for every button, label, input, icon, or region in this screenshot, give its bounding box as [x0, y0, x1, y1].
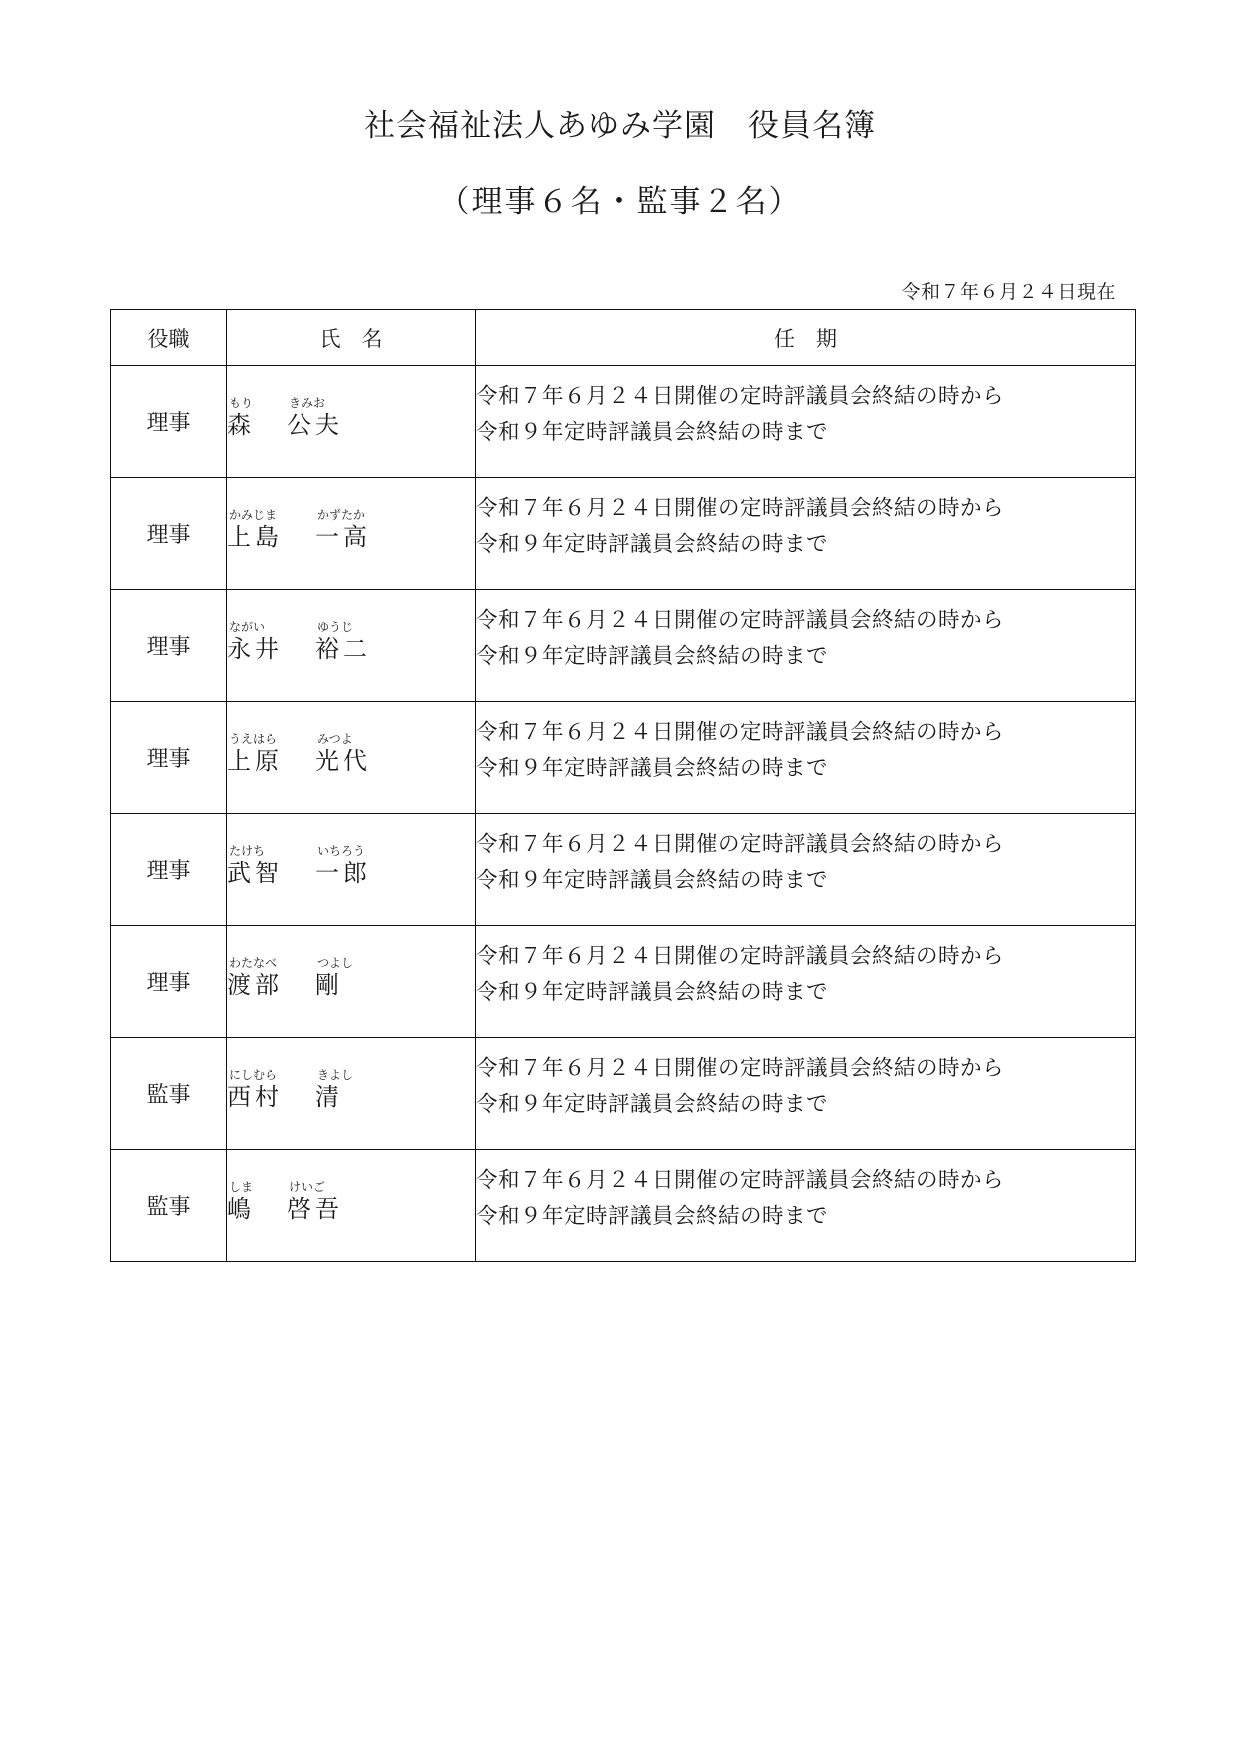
surname: しま 嶋 [227, 1180, 255, 1224]
given-kanji: 啓吾 [287, 1194, 343, 1224]
given-ruby: ゆうじ [315, 620, 371, 634]
surname-ruby: ながい [227, 620, 283, 634]
surname-kanji: 永井 [227, 634, 283, 664]
table-row: 理事 かみじま 上島 かずたか 一高 令和７年６月２４日開催の定時評議員会終結の… [111, 478, 1136, 590]
table-row: 理事 たけち 武智 いちろう 一郎 令和７年６月２４日開催の定時評議員会終結の時… [111, 814, 1136, 926]
surname-kanji: 上原 [227, 746, 283, 776]
given-name: ゆうじ 裕二 [315, 620, 371, 664]
term-cell: 令和７年６月２４日開催の定時評議員会終結の時から 令和９年定時評議員会終結の時ま… [476, 926, 1136, 1038]
given-ruby: きよし [315, 1068, 353, 1082]
name-cell: ながい 永井 ゆうじ 裕二 [227, 590, 476, 702]
given-kanji: 公夫 [287, 410, 343, 440]
officer-roster-table: 役職 氏 名 任 期 理事 もり 森 きみお 公夫 令和７年６月２４日開催の定時… [110, 309, 1136, 1262]
term-end: 令和９年定時評議員会終結の時まで [476, 1087, 1135, 1123]
term-start: 令和７年６月２４日開催の定時評議員会終結の時から [476, 1051, 1135, 1087]
surname-ruby: わたなべ [227, 956, 283, 970]
surname: うえはら 上原 [227, 732, 283, 776]
surname-kanji: 上島 [227, 522, 283, 552]
term-end: 令和９年定時評議員会終結の時まで [476, 751, 1135, 787]
given-kanji: 一郎 [315, 858, 371, 888]
surname-ruby: にしむら [227, 1068, 283, 1082]
surname-ruby: うえはら [227, 732, 283, 746]
as-of-date: 令和７年６月２４日現在 [901, 277, 1116, 304]
term-end: 令和９年定時評議員会終結の時まで [476, 863, 1135, 899]
given-name: つよし 剛 [315, 956, 353, 1000]
term-end: 令和９年定時評議員会終結の時まで [476, 527, 1135, 563]
term-start: 令和７年６月２４日開催の定時評議員会終結の時から [476, 603, 1135, 639]
surname-kanji: 渡部 [227, 970, 283, 1000]
surname: たけち 武智 [227, 844, 283, 888]
name-cell: わたなべ 渡部 つよし 剛 [227, 926, 476, 1038]
role-cell: 理事 [111, 814, 227, 926]
role-cell: 監事 [111, 1150, 227, 1262]
surname: かみじま 上島 [227, 508, 283, 552]
surname-kanji: 森 [227, 410, 255, 440]
given-name: けいご 啓吾 [287, 1180, 343, 1224]
document-title: 社会福祉法人あゆみ学園 役員名簿 [0, 100, 1240, 145]
term-cell: 令和７年６月２４日開催の定時評議員会終結の時から 令和９年定時評議員会終結の時ま… [476, 590, 1136, 702]
role-cell: 理事 [111, 590, 227, 702]
term-start: 令和７年６月２４日開催の定時評議員会終結の時から [476, 1163, 1135, 1199]
header-name: 氏 名 [227, 310, 476, 366]
role-cell: 理事 [111, 702, 227, 814]
table-row: 理事 うえはら 上原 みつよ 光代 令和７年６月２４日開催の定時評議員会終結の時… [111, 702, 1136, 814]
surname-kanji: 西村 [227, 1082, 283, 1112]
given-ruby: きみお [287, 396, 343, 410]
term-cell: 令和７年６月２４日開催の定時評議員会終結の時から 令和９年定時評議員会終結の時ま… [476, 366, 1136, 478]
term-cell: 令和７年６月２４日開催の定時評議員会終結の時から 令和９年定時評議員会終結の時ま… [476, 478, 1136, 590]
name-cell: かみじま 上島 かずたか 一高 [227, 478, 476, 590]
term-start: 令和７年６月２４日開催の定時評議員会終結の時から [476, 491, 1135, 527]
term-start: 令和７年６月２４日開催の定時評議員会終結の時から [476, 379, 1135, 415]
given-name: きよし 清 [315, 1068, 353, 1112]
given-ruby: いちろう [315, 844, 371, 858]
given-kanji: 光代 [315, 746, 371, 776]
given-ruby: かずたか [315, 508, 371, 522]
name-cell: にしむら 西村 きよし 清 [227, 1038, 476, 1150]
term-end: 令和９年定時評議員会終結の時まで [476, 639, 1135, 675]
term-end: 令和９年定時評議員会終結の時まで [476, 415, 1135, 451]
given-kanji: 裕二 [315, 634, 371, 664]
given-name: みつよ 光代 [315, 732, 371, 776]
name-cell: しま 嶋 けいご 啓吾 [227, 1150, 476, 1262]
surname: ながい 永井 [227, 620, 283, 664]
name-cell: うえはら 上原 みつよ 光代 [227, 702, 476, 814]
table-row: 理事 もり 森 きみお 公夫 令和７年６月２４日開催の定時評議員会終結の時から … [111, 366, 1136, 478]
term-cell: 令和７年６月２４日開催の定時評議員会終結の時から 令和９年定時評議員会終結の時ま… [476, 702, 1136, 814]
surname: もり 森 [227, 396, 255, 440]
header-term: 任 期 [476, 310, 1136, 366]
table-row: 監事 しま 嶋 けいご 啓吾 令和７年６月２４日開催の定時評議員会終結の時から … [111, 1150, 1136, 1262]
term-cell: 令和７年６月２４日開催の定時評議員会終結の時から 令和９年定時評議員会終結の時ま… [476, 1038, 1136, 1150]
given-ruby: みつよ [315, 732, 371, 746]
name-cell: たけち 武智 いちろう 一郎 [227, 814, 476, 926]
term-start: 令和７年６月２４日開催の定時評議員会終結の時から [476, 715, 1135, 751]
role-cell: 理事 [111, 926, 227, 1038]
given-name: かずたか 一高 [315, 508, 371, 552]
table-header-row: 役職 氏 名 任 期 [111, 310, 1136, 366]
given-kanji: 清 [315, 1082, 353, 1112]
term-start: 令和７年６月２４日開催の定時評議員会終結の時から [476, 827, 1135, 863]
surname: わたなべ 渡部 [227, 956, 283, 1000]
surname-kanji: 嶋 [227, 1194, 255, 1224]
surname: にしむら 西村 [227, 1068, 283, 1112]
term-end: 令和９年定時評議員会終結の時まで [476, 975, 1135, 1011]
table-row: 理事 ながい 永井 ゆうじ 裕二 令和７年６月２４日開催の定時評議員会終結の時か… [111, 590, 1136, 702]
role-cell: 監事 [111, 1038, 227, 1150]
term-end: 令和９年定時評議員会終結の時まで [476, 1199, 1135, 1235]
term-start: 令和７年６月２４日開催の定時評議員会終結の時から [476, 939, 1135, 975]
table-row: 監事 にしむら 西村 きよし 清 令和７年６月２４日開催の定時評議員会終結の時か… [111, 1038, 1136, 1150]
term-cell: 令和７年６月２４日開催の定時評議員会終結の時から 令和９年定時評議員会終結の時ま… [476, 814, 1136, 926]
surname-ruby: かみじま [227, 508, 283, 522]
given-ruby: けいご [287, 1180, 343, 1194]
given-kanji: 剛 [315, 970, 353, 1000]
name-cell: もり 森 きみお 公夫 [227, 366, 476, 478]
document-subtitle: （理事６名・監事２名） [0, 176, 1240, 221]
header-role: 役職 [111, 310, 227, 366]
surname-ruby: たけち [227, 844, 283, 858]
given-kanji: 一高 [315, 522, 371, 552]
given-ruby: つよし [315, 956, 353, 970]
given-name: きみお 公夫 [287, 396, 343, 440]
term-cell: 令和７年６月２４日開催の定時評議員会終結の時から 令和９年定時評議員会終結の時ま… [476, 1150, 1136, 1262]
role-cell: 理事 [111, 478, 227, 590]
role-cell: 理事 [111, 366, 227, 478]
table-row: 理事 わたなべ 渡部 つよし 剛 令和７年６月２４日開催の定時評議員会終結の時か… [111, 926, 1136, 1038]
surname-ruby: もり [227, 396, 255, 410]
table-body: 理事 もり 森 きみお 公夫 令和７年６月２４日開催の定時評議員会終結の時から … [111, 366, 1136, 1262]
surname-ruby: しま [227, 1180, 255, 1194]
given-name: いちろう 一郎 [315, 844, 371, 888]
surname-kanji: 武智 [227, 858, 283, 888]
